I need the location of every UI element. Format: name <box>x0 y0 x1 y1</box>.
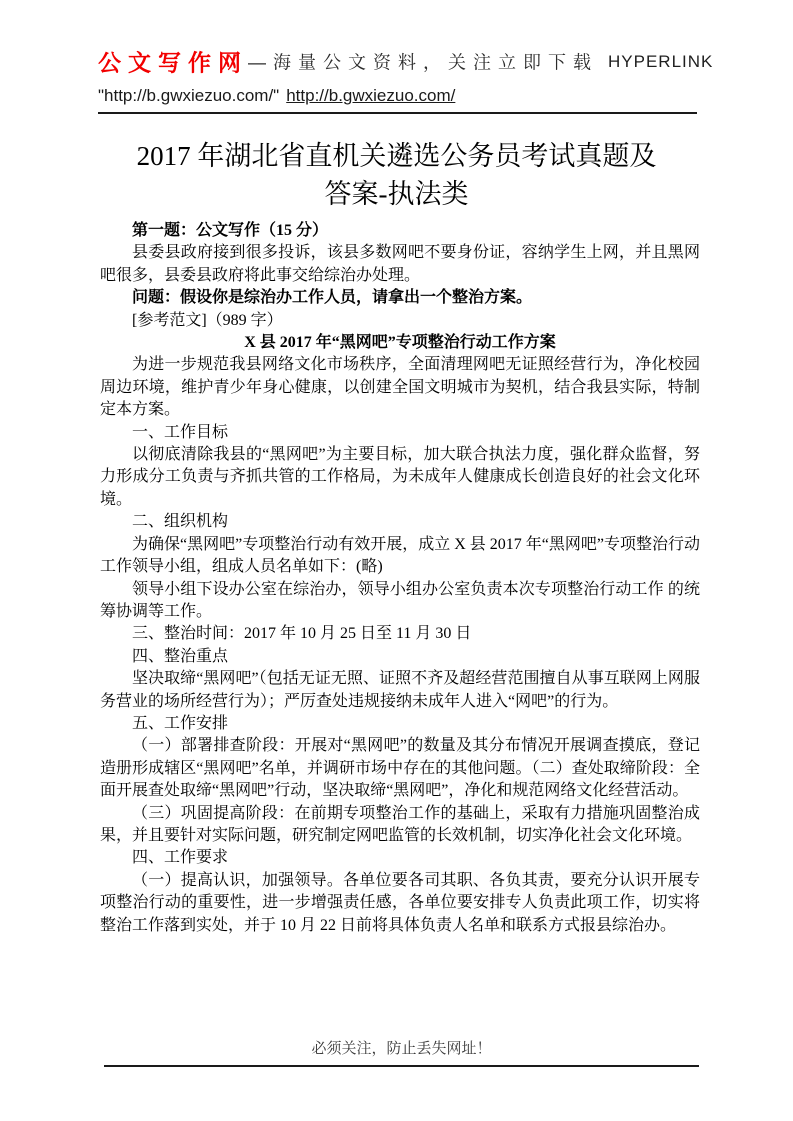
footer-note: 必须关注，防止丢失网址！ <box>104 1037 699 1058</box>
site-url-link[interactable]: http://b.gwxiezuo.com/ <box>286 86 455 105</box>
paragraph: 为进一步规范我县网络文化市场秩序，全面清理网吧无证照经营行为，净化校园周边环境，… <box>100 354 700 421</box>
document-body: 第一题：公文写作（15 分）县委县政府接到很多投诉，该县多数网吧不要身份证，容纳… <box>100 220 700 937</box>
site-url-quoted: "http://b.gwxiezuo.com/" <box>98 86 279 105</box>
paragraph: 为确保“黑网吧”专项整治行动有效开展，成立 X 县 2017 年“黑网吧”专项整… <box>100 534 700 579</box>
site-url-row: "http://b.gwxiezuo.com/"http://b.gwxiezu… <box>98 85 697 107</box>
paragraph: 二、组织机构 <box>100 511 700 533</box>
paragraph: （三）巩固提高阶段：在前期专项整治工作的基础上，采取有力措施巩固整治成果，并且要… <box>100 803 700 848</box>
site-header-banner: 公文写作网—海量公文资料，关注立即下载HYPERLINK <box>98 46 697 78</box>
paragraph: 一、工作目标 <box>100 422 700 444</box>
document-title: 2017 年湖北省直机关遴选公务员考试真题及 答案-执法类 <box>0 137 793 213</box>
document-title-line1: 2017 年湖北省直机关遴选公务员考试真题及 <box>0 137 793 175</box>
paragraph: 以彻底清除我县的“黑网吧”为主要目标，加大联合执法力度，强化群众监督，努力形成分… <box>100 444 700 511</box>
paragraph: 领导小组下设办公室在综治办，领导小组办公室负责本次专项整治行动工作 的统筹协调等… <box>100 579 700 624</box>
page-footer: 必须关注，防止丢失网址！ <box>104 1037 699 1067</box>
paragraph: [参考范文]（989 字） <box>100 310 700 332</box>
paragraph: 问题：假设你是综治办工作人员，请拿出一个整治方案。 <box>100 287 700 309</box>
paragraph: 三、整治时间：2017 年 10 月 25 日至 11 月 30 日 <box>100 623 700 645</box>
paragraph: 四、整治重点 <box>100 646 700 668</box>
paragraph: （一）提高认识，加强领导。各单位要各司其职、各负其责，要充分认识开展专项整治行动… <box>100 870 700 937</box>
site-logo: 公文写作网 <box>98 49 248 75</box>
site-header: 公文写作网—海量公文资料，关注立即下载HYPERLINK "http://b.g… <box>98 46 697 114</box>
hyperlink-field-label: HYPERLINK <box>608 52 713 71</box>
paragraph: 五、工作安排 <box>100 713 700 735</box>
paragraph: 四、工作要求 <box>100 847 700 869</box>
footer-divider <box>104 1065 699 1067</box>
paragraph: 县委县政府接到很多投诉，该县多数网吧不要身份证，容纳学生上网，并且黑网吧很多，县… <box>100 242 700 287</box>
paragraph: 坚决取缔“黑网吧”（包括无证无照、证照不齐及超经营范围擅自从事互联网上网服务营业… <box>100 668 700 713</box>
document-page: 公文写作网—海量公文资料，关注立即下载HYPERLINK "http://b.g… <box>0 0 793 1121</box>
document-title-line2: 答案-执法类 <box>0 175 793 213</box>
site-tagline: —海量公文资料，关注立即下载 <box>248 52 598 72</box>
paragraph: 第一题：公文写作（15 分） <box>100 220 700 242</box>
paragraph: （一）部署排查阶段：开展对“黑网吧”的数量及其分布情况开展调查摸底，登记造册形成… <box>100 735 700 802</box>
doc-subtitle: X 县 2017 年“黑网吧”专项整治行动工作方案 <box>100 332 700 354</box>
